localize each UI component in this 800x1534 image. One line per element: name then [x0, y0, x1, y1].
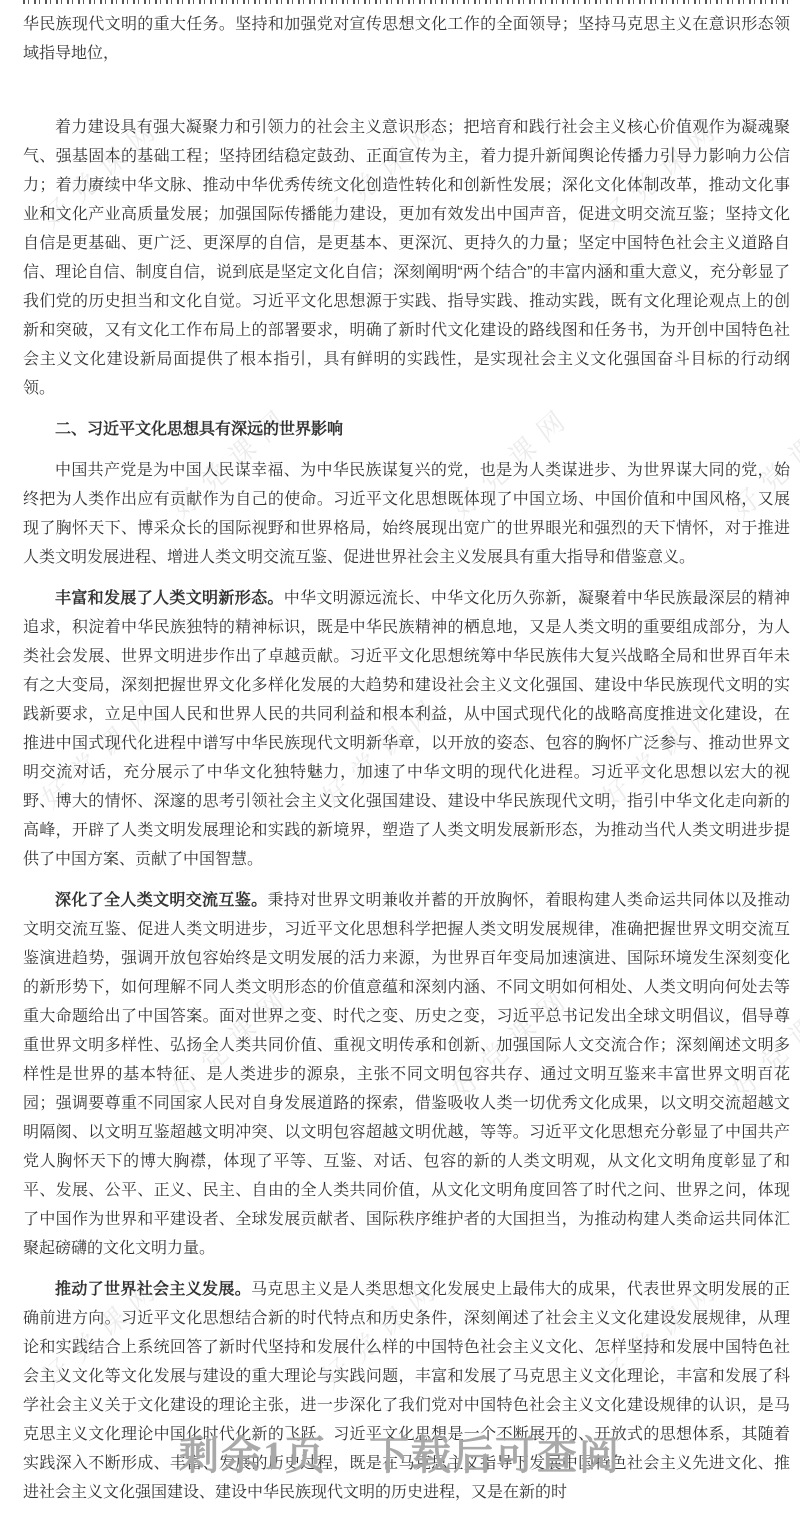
download-hint-text: 下载后可查阅 — [369, 1433, 621, 1478]
paragraph: 华民族现代文明的重大任务。坚持和加强党对宣传思想文化工作的全面领导；坚持马克思主… — [23, 10, 790, 68]
remaining-pages-text: 剩余1页 — [179, 1433, 327, 1478]
paragraph-list: 华民族现代文明的重大任务。坚持和加强党对宣传思想文化工作的全面领导；坚持马克思主… — [23, 10, 790, 1507]
paragraph: 深化了全人类文明交流互鉴。秉持对世界文明兼收并蓄的开放胸怀，着眼构建人类命运共同… — [23, 886, 790, 1263]
paragraph: 丰富和发展了人类文明新形态。中华文明源远流长、中华文化历久弥新，凝聚着中华民族最… — [23, 584, 790, 874]
remaining-pages-banner: 剩余1页下载后可查阅 — [0, 1424, 800, 1481]
paragraph-lead: 丰富和发展了人类文明新形态。 — [55, 590, 284, 607]
paragraph-lead: 深化了全人类文明交流互鉴。 — [55, 892, 267, 909]
clipped-top-text-line — [23, 0, 790, 4]
paragraph: 中国共产党是为中国人民谋幸福、为中华民族谋复兴的党，也是为人类谋进步、为世界谋大… — [23, 456, 790, 572]
paragraph-lead: 推动了世界社会主义发展。 — [55, 1281, 251, 1298]
document-page: 华民族现代文明的重大任务。坚持和加强党对宣传思想文化工作的全面领导；坚持马克思主… — [23, 10, 790, 1519]
section-heading: 二、习近平文化思想具有深远的世界影响 — [23, 415, 790, 444]
paragraph: 着力建设具有强大凝聚力和引领力的社会主义意识形态；把培育和践行社会主义核心价值观… — [23, 113, 790, 403]
